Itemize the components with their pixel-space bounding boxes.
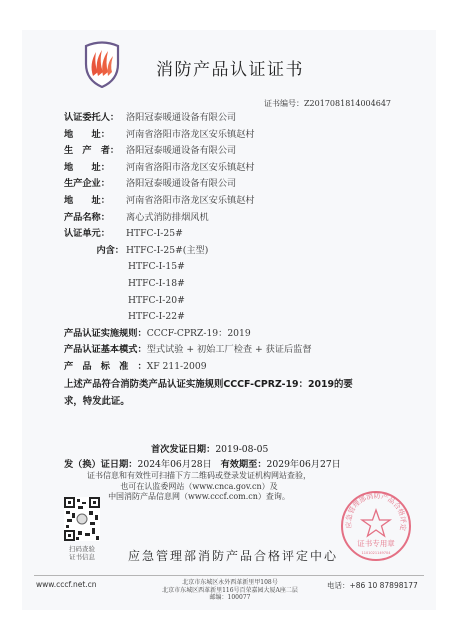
certificate-number: 证书编号：Z2017081814004647	[264, 98, 391, 109]
official-seal-icon: 应急管理部消防产品合格评定中心 证书专用章 1101021149704	[340, 490, 412, 562]
footer-divider	[34, 575, 424, 576]
issue-validity-row: 发（换）证日期：2024年06月28日 有效期至：2029年06月27日	[64, 456, 341, 470]
field-row-manufacturer-address: 地 址：河南省洛阳市洛龙区安乐镇赵村	[64, 193, 424, 210]
certificate-fields: 认证委托人：洛阳冠泰暖通设备有限公司 地 址：河南省洛阳市洛龙区安乐镇赵村 生 …	[64, 110, 424, 410]
field-row-rules: 产品认证实施规则：CCCF-CPRZ-19：2019	[64, 326, 424, 343]
model-item: HTFC-I-20#	[64, 293, 424, 310]
field-row-manufacturer: 生产企业：洛阳冠泰暖通设备有限公司	[64, 176, 424, 193]
field-row-product-name: 产品名称：离心式消防排烟风机	[64, 210, 424, 227]
model-item: HTFC-I-22#	[64, 309, 424, 326]
field-row-applicant-address: 地 址：河南省洛阳市洛龙区安乐镇赵村	[64, 127, 424, 144]
field-row-applicant: 认证委托人：洛阳冠泰暖通设备有限公司	[64, 110, 424, 127]
field-row-cert-unit: 认证单元：HTFC-I-25#	[64, 226, 424, 243]
fire-shield-logo-icon	[82, 40, 122, 88]
model-item: HTFC-I-15#	[64, 259, 424, 276]
issuing-authority: 应急管理部消防产品合格评定中心	[128, 547, 338, 564]
field-row-contains: 内含：HTFC-I-25#(主型)	[64, 243, 424, 260]
field-row-standard: 产 品 标 准 ：XF 211-2009	[64, 359, 424, 376]
svg-text:应急管理部消防产品合格评定中心: 应急管理部消防产品合格评定中心	[340, 490, 408, 532]
qr-caption: 扫码查验证书信息	[62, 545, 102, 561]
svg-text:1101021149704: 1101021149704	[362, 551, 392, 555]
page-title: 消防产品认证证书	[156, 55, 304, 80]
field-row-producer-address: 地 址：河南省洛阳市洛龙区安乐镇赵村	[64, 160, 424, 177]
footer-phone: 电话：+86 10 87898177	[327, 580, 418, 591]
qr-code-icon[interactable]	[64, 497, 100, 541]
footer-address: 北京市东城区永外西革新里甲108号 北京市东城区西革新里116号百荣嘉园大厦A座…	[150, 579, 310, 602]
footer-website-link[interactable]: www.cccf.net.cn	[36, 580, 97, 589]
field-row-mode: 产品认证基本模式：型式试验 + 初始工厂检查 + 获证后监督	[64, 342, 424, 359]
verification-note: 证书信息和有效性可扫描下方二维码或登录发证机构网站查验， 也可在认监委网站（ww…	[64, 471, 334, 503]
svg-text:证书专用章: 证书专用章	[357, 538, 395, 548]
model-item: HTFC-I-18#	[64, 276, 424, 293]
field-row-producer: 生 产 者：洛阳冠泰暖通设备有限公司	[64, 143, 424, 160]
first-issue-date: 首次发证日期：2019-08-05	[151, 441, 268, 455]
compliance-statement: 上述产品符合消防类产品认证实施规则CCCF-CPRZ-19：2019的要求，特发…	[64, 376, 364, 410]
